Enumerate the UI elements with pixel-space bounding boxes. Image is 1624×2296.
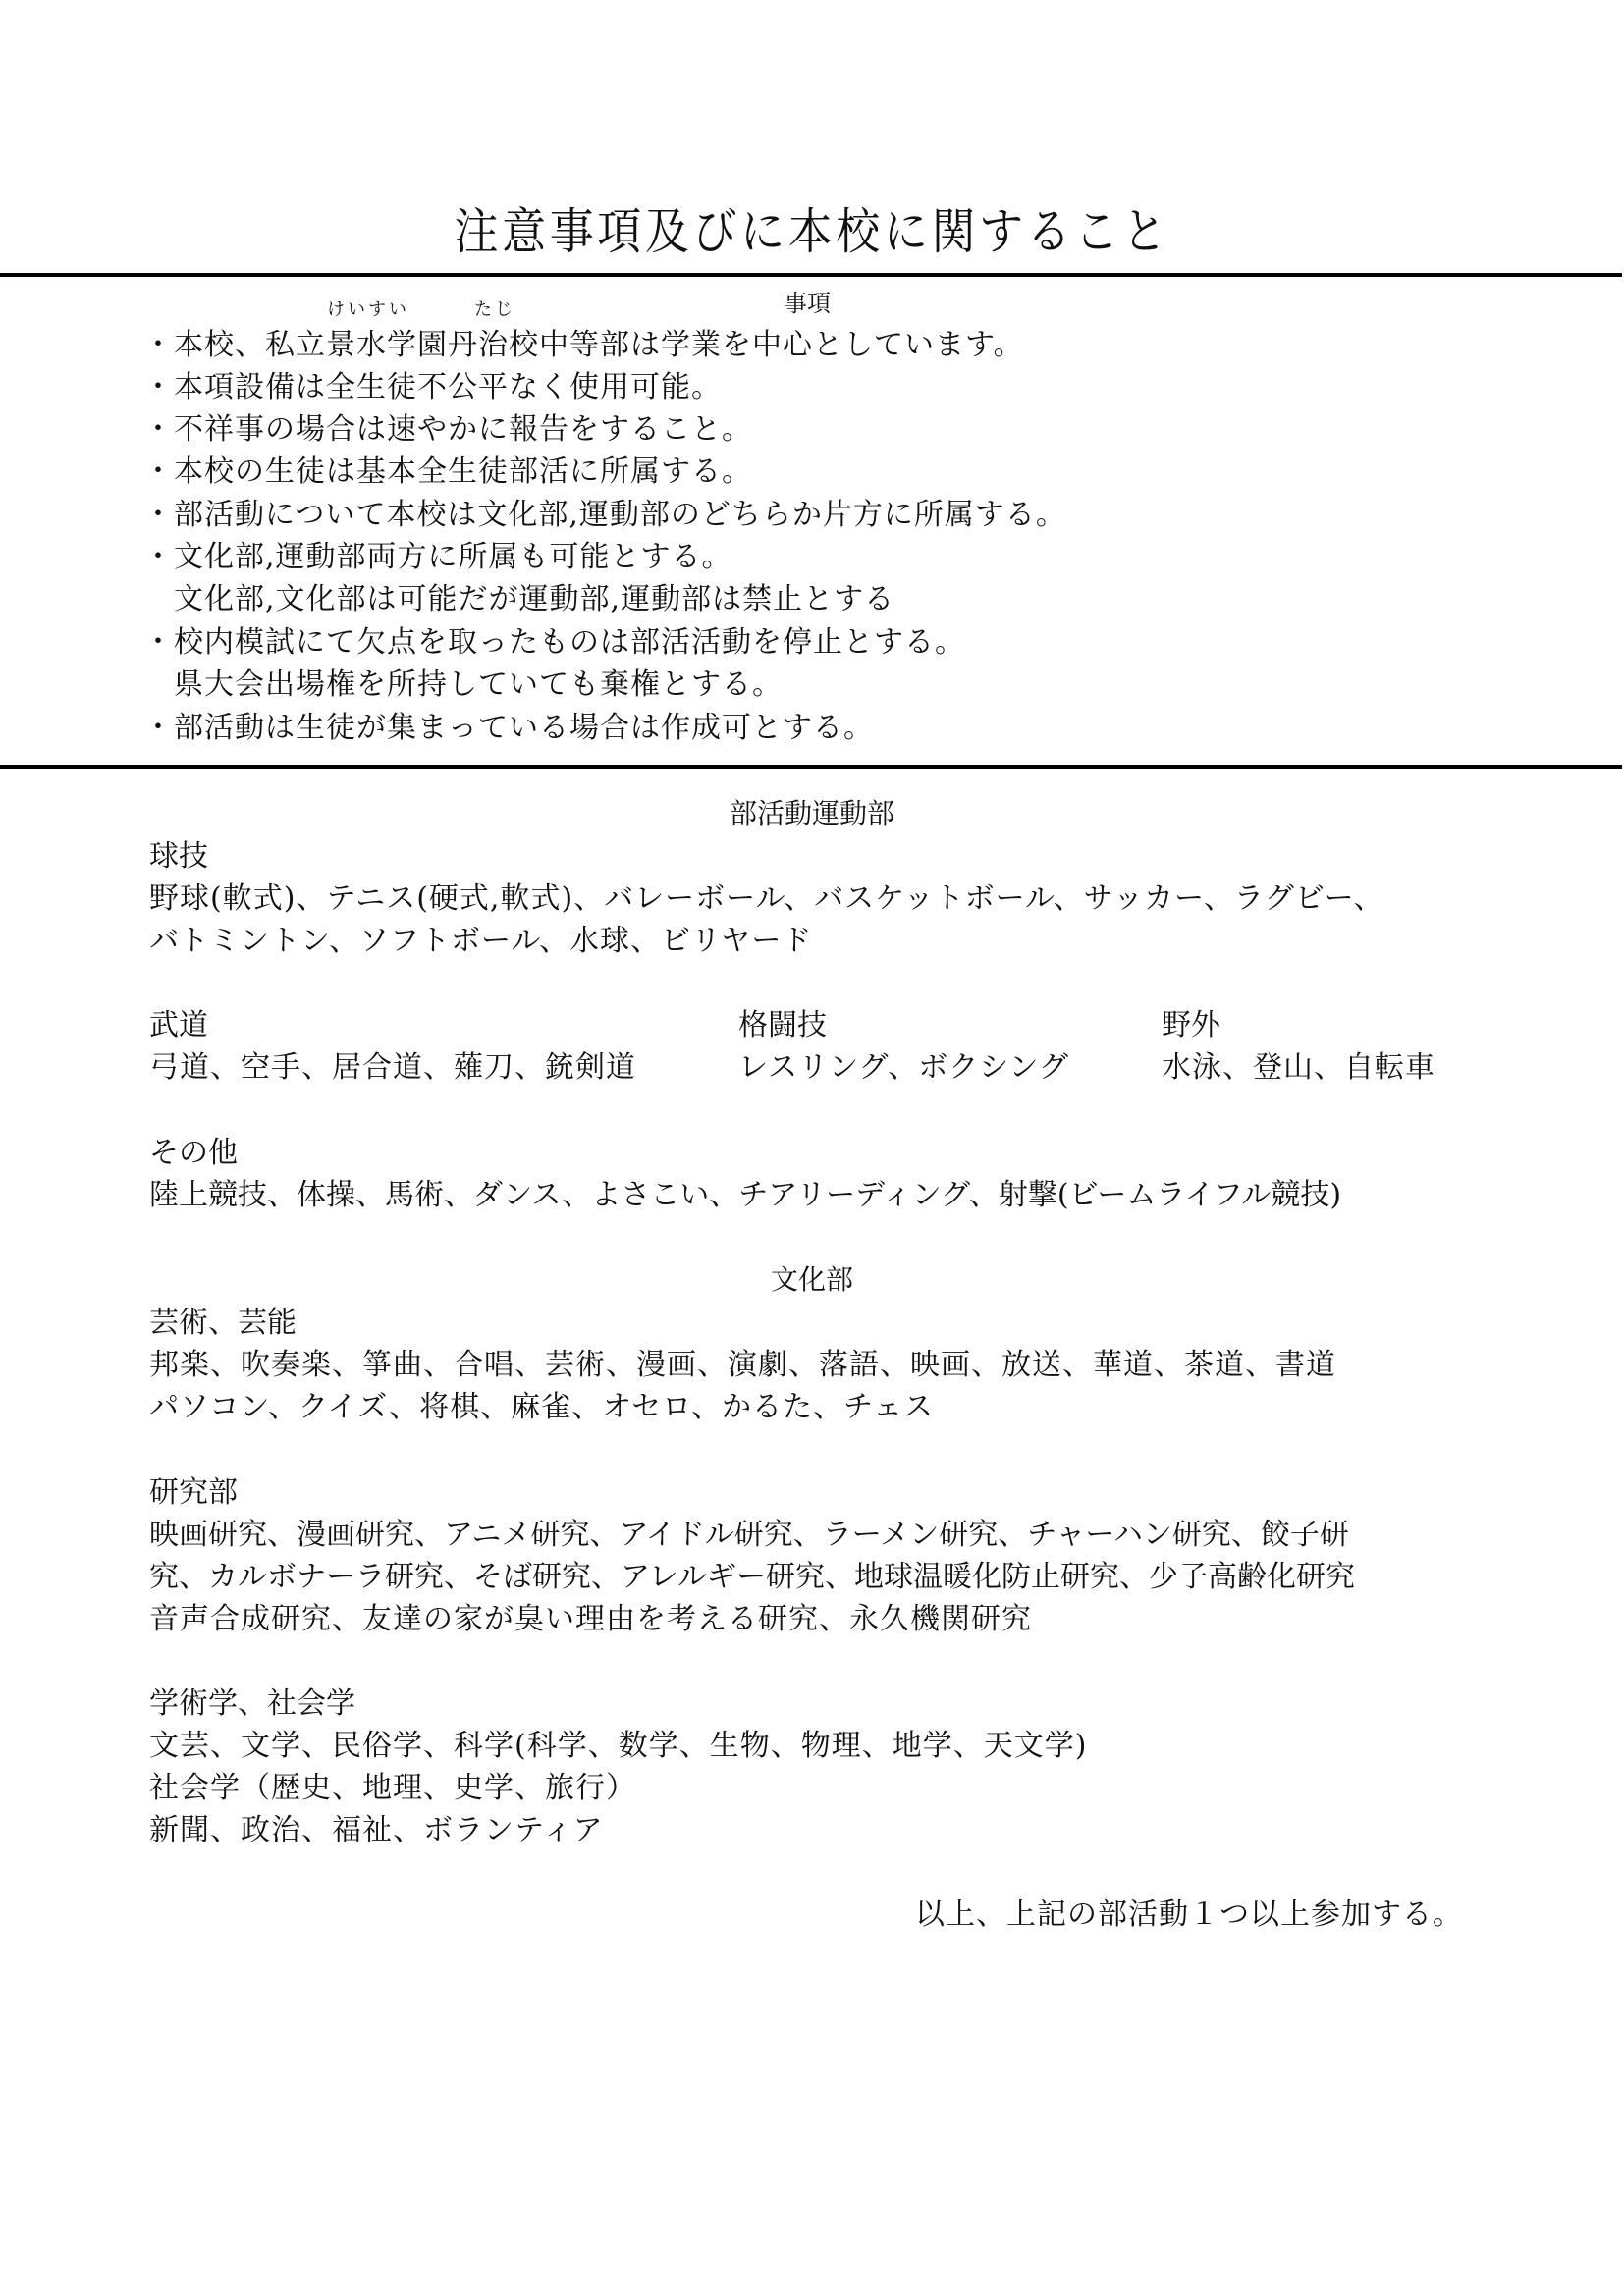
sports-heading: 部活動運動部 bbox=[0, 797, 1624, 830]
divider-top bbox=[0, 273, 1622, 277]
category-label-academic: 学術学、社会学 bbox=[149, 1686, 355, 1722]
category-label-ball-games: 球技 bbox=[149, 839, 208, 875]
ruby-taji: たじ bbox=[474, 300, 515, 320]
club-list-line: 音声合成研究、友達の家が臭い理由を考える研究、永久機関研究 bbox=[149, 1602, 1032, 1637]
notice-item: ・校内模試にて欠点を取ったものは部活活動を停止とする。 bbox=[143, 625, 965, 661]
notice-item: 文化部,文化部は可能だが運動部,運動部は禁止とする bbox=[143, 582, 894, 617]
culture-heading: 文化部 bbox=[0, 1263, 1624, 1297]
club-list-line: 水泳、登山、自転車 bbox=[1162, 1050, 1435, 1086]
club-list-line: 陸上競技、体操、馬術、ダンス、よさこい、チアリーディング、射撃(ビームライフル競… bbox=[149, 1178, 1341, 1213]
notice-item: ・本校、私立景水学園丹治校中等部は学業を中心としています。 bbox=[143, 328, 1024, 363]
notice-item: 県大会出場権を所持していても棄権とする。 bbox=[143, 667, 783, 703]
category-label-martial-arts: 武道 bbox=[149, 1008, 208, 1043]
notice-item: ・本校の生徒は基本全生徒部活に所属する。 bbox=[143, 454, 752, 490]
ruby-keisui: けいすい bbox=[327, 300, 409, 320]
club-list-line: 社会学（歴史、地理、史学、旅行） bbox=[149, 1771, 636, 1806]
club-list-line: 弓道、空手、居合道、薙刀、銃剣道 bbox=[149, 1050, 636, 1086]
club-list-line: パソコン、クイズ、将棋、麻雀、オセロ、かるた、チェス bbox=[149, 1390, 934, 1425]
club-list-line: 究、カルボナーラ研究、そば研究、アレルギー研究、地球温暖化防止研究、少子高齢化研… bbox=[149, 1560, 1355, 1595]
closing-note: 以上、上記の部活動１つ以上参加する。 bbox=[915, 1897, 1463, 1933]
page-title: 注意事項及びに本校に関すること bbox=[81, 202, 1543, 261]
category-label-arts: 芸術、芸能 bbox=[149, 1306, 297, 1341]
category-label-combat: 格闘技 bbox=[738, 1008, 827, 1043]
club-list-line: 文芸、文学、民俗学、科学(科学、数学、生物、物理、地学、天文学) bbox=[149, 1729, 1087, 1764]
divider-middle bbox=[0, 765, 1622, 769]
notice-item: ・不祥事の場合は速やかに報告をすること。 bbox=[143, 412, 752, 448]
club-list-line: 邦楽、吹奏楽、箏曲、合唱、芸術、漫画、演劇、落語、映画、放送、華道、茶道、書道 bbox=[149, 1348, 1336, 1383]
club-list-line: レスリング、ボクシング bbox=[738, 1050, 1069, 1086]
club-list-line: 映画研究、漫画研究、アニメ研究、アイドル研究、ラーメン研究、チャーハン研究、餃子… bbox=[149, 1518, 1349, 1553]
notice-item: ・部活動は生徒が集まっている場合は作成可とする。 bbox=[143, 711, 874, 746]
club-list-line: 野球(軟式)、テニス(硬式,軟式)、バレーボール、バスケットボール、サッカー、ラ… bbox=[149, 881, 1383, 917]
category-label-outdoor: 野外 bbox=[1162, 1008, 1220, 1043]
club-list-line: 新聞、政治、福祉、ボランティア bbox=[149, 1813, 604, 1848]
notice-item: ・本項設備は全生徒不公平なく使用可能。 bbox=[143, 370, 722, 405]
club-list-line: バトミントン、ソフトボール、水球、ビリヤード bbox=[149, 924, 812, 959]
notice-item: ・部活動について本校は文化部,運動部のどちらか片方に所属する。 bbox=[143, 498, 1066, 533]
category-label-research: 研究部 bbox=[149, 1475, 238, 1511]
notices-heading: 事項 bbox=[0, 287, 1619, 320]
category-label-other: その他 bbox=[149, 1136, 238, 1171]
notice-item: ・文化部,運動部両方に所属も可能とする。 bbox=[143, 540, 732, 575]
